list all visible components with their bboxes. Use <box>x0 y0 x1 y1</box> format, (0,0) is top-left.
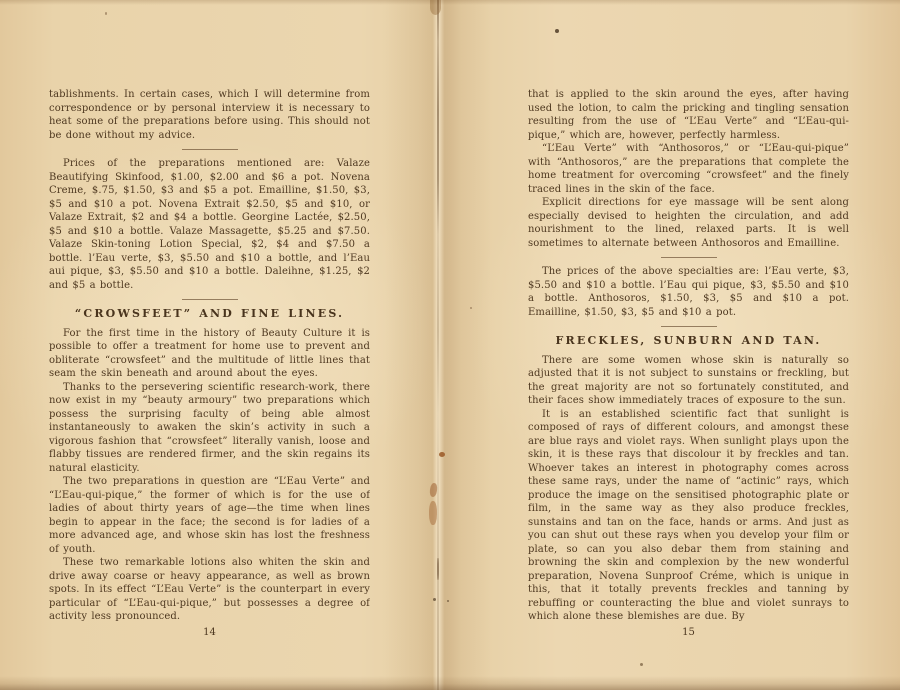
paper-speck <box>640 663 643 666</box>
paragraph: Explicit directions for eye massage will… <box>528 196 849 250</box>
paragraph: Prices of the preparations mentioned are… <box>49 157 370 292</box>
paragraph: There are some women whose skin is natur… <box>528 354 849 408</box>
stain-spot <box>439 452 445 457</box>
stain-spot <box>447 600 449 602</box>
paper-speck <box>555 29 559 33</box>
paragraph: The prices of the above specialties are:… <box>528 265 849 319</box>
paragraph: Thanks to the persevering scientific res… <box>49 381 370 476</box>
paper-speck <box>470 307 472 309</box>
paragraph: It is an established scientific fact tha… <box>528 408 849 624</box>
page-number: 14 <box>49 627 370 638</box>
section-divider-rule <box>182 299 238 300</box>
section-divider-rule <box>661 326 717 327</box>
stain-spot <box>437 558 439 580</box>
stain-spot <box>433 598 436 601</box>
section-divider-rule <box>661 257 717 258</box>
page-edge-shadow-bottom <box>0 676 900 690</box>
paragraph: For the first time in the history of Bea… <box>49 327 370 381</box>
paragraph: “L’Eau Verte” with “Anthosoros,” or “L’E… <box>528 142 849 196</box>
stain-spot <box>429 501 437 525</box>
paragraph: tablishments. In certain cases, which I … <box>49 88 370 142</box>
paragraph: The two preparations in question are “L’… <box>49 475 370 556</box>
page-edge-shadow-top <box>0 0 900 5</box>
paper-speck <box>105 12 107 15</box>
section-heading: “CROWSFEET” AND FINE LINES. <box>49 307 370 321</box>
left-page: tablishments. In certain cases, which I … <box>49 88 370 625</box>
paragraph: that is applied to the skin around the e… <box>528 88 849 142</box>
right-page: that is applied to the skin around the e… <box>528 88 849 625</box>
gutter-crease-line <box>437 0 439 690</box>
section-divider-rule <box>182 149 238 150</box>
book-spread: tablishments. In certain cases, which I … <box>0 0 900 690</box>
paragraph: It only remains to be added that neither… <box>49 624 370 626</box>
page-number: 15 <box>528 627 849 638</box>
section-heading: FRECKLES, SUNBURN AND TAN. <box>528 334 849 348</box>
paragraph: These two remarkable lotions also whiten… <box>49 556 370 624</box>
